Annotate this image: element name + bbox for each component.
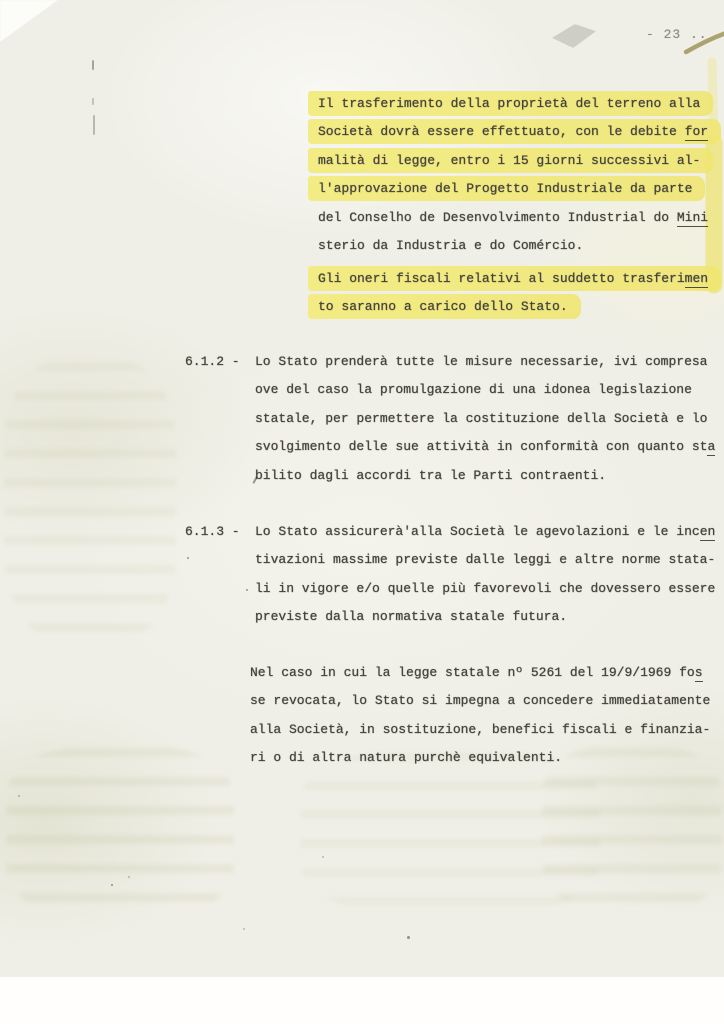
section-6-1-3: 6.1.3 -Lo Stato assicurerà'alla Società … [255,518,715,632]
highlighted-text-line: to saranno a carico dello Stato. [318,293,721,321]
pen-mark [93,115,95,135]
bleed-through-text [300,752,600,912]
paragraph-law-5261: Nel caso in cui la legge statale nº 5261… [250,659,710,773]
pen-mark [92,98,94,105]
underlined-word-break: Mini [677,210,708,227]
underlined-word-break: en [700,524,716,541]
page-corner-fold [0,0,58,42]
paper-background: - 23 .. Il trasferimento della proprietà… [0,0,724,977]
text-line: alla Società, in sostituzione, benefici … [250,716,710,744]
highlighted-text-line: l'approvazione del Progetto Industriale … [318,175,721,203]
underlined-word-break: for [685,124,708,141]
text-line: bilito dagli accordi tra le Parti contra… [255,462,715,490]
text-line: Lo Stato assicurerà'alla Società le agev… [255,518,715,546]
underlined-word-break: a [707,439,715,456]
highlighted-text-line: malità di legge, entro i 15 giorni succe… [318,147,721,175]
text-line: Nel caso in cui la legge statale nº 5261… [250,659,710,687]
ink-speck [407,936,410,939]
underlined-word-break: men [685,271,708,288]
text-line: ove del caso la promulgazione di una ido… [255,376,715,404]
highlighted-text-line: Società dovrà essere effettuato, con le … [318,118,721,146]
paragraph-fiscal-charges: Gli oneri fiscali relativi al suddetto t… [318,265,721,322]
scanned-document-page: - 23 .. Il trasferimento della proprietà… [0,0,724,1024]
text-line: ri o di altra natura purchè equivalenti. [250,744,710,772]
section-number: 6.1.3 - [185,518,240,546]
section-number: 6.1.2 - [185,348,240,376]
page-number: - 23 .. [646,27,708,42]
text-line: del Conselho de Desenvolvimento Industri… [318,204,721,232]
pen-mark [92,60,94,70]
text-line: sterio da Industria e do Comércio. [318,232,721,260]
text-line: li in vigore e/o quelle più favorevoli c… [255,575,715,603]
bleed-through-text [6,748,234,916]
ink-speck [187,557,189,559]
ink-speck [246,589,248,591]
text-line: tivazioni massime previste dalle leggi e… [255,546,715,574]
ink-speck [128,876,130,878]
ink-speck [243,928,245,930]
paragraph-land-transfer: Il trasferimento della proprietà del ter… [318,90,721,260]
smudge-mark [552,24,596,48]
underlined-word-break: s [695,665,703,682]
text-line: previste dalla normativa statale futura. [255,603,715,631]
text-line: svolgimento delle sue attività in confor… [255,433,715,461]
scan-margin [0,977,724,1024]
highlighted-text-line: Il trasferimento della proprietà del ter… [318,90,721,118]
highlighted-text-line: Gli oneri fiscali relativi al suddetto t… [318,265,721,293]
text-line: Lo Stato prenderà tutte le misure necess… [255,348,715,376]
section-6-1-2: 6.1.2 -Lo Stato prenderà tutte le misure… [255,348,715,490]
text-line: se revocata, lo Stato si impegna a conce… [250,687,710,715]
bleed-through-text [4,362,176,638]
text-line: statale, per permettere la costituzione … [255,405,715,433]
